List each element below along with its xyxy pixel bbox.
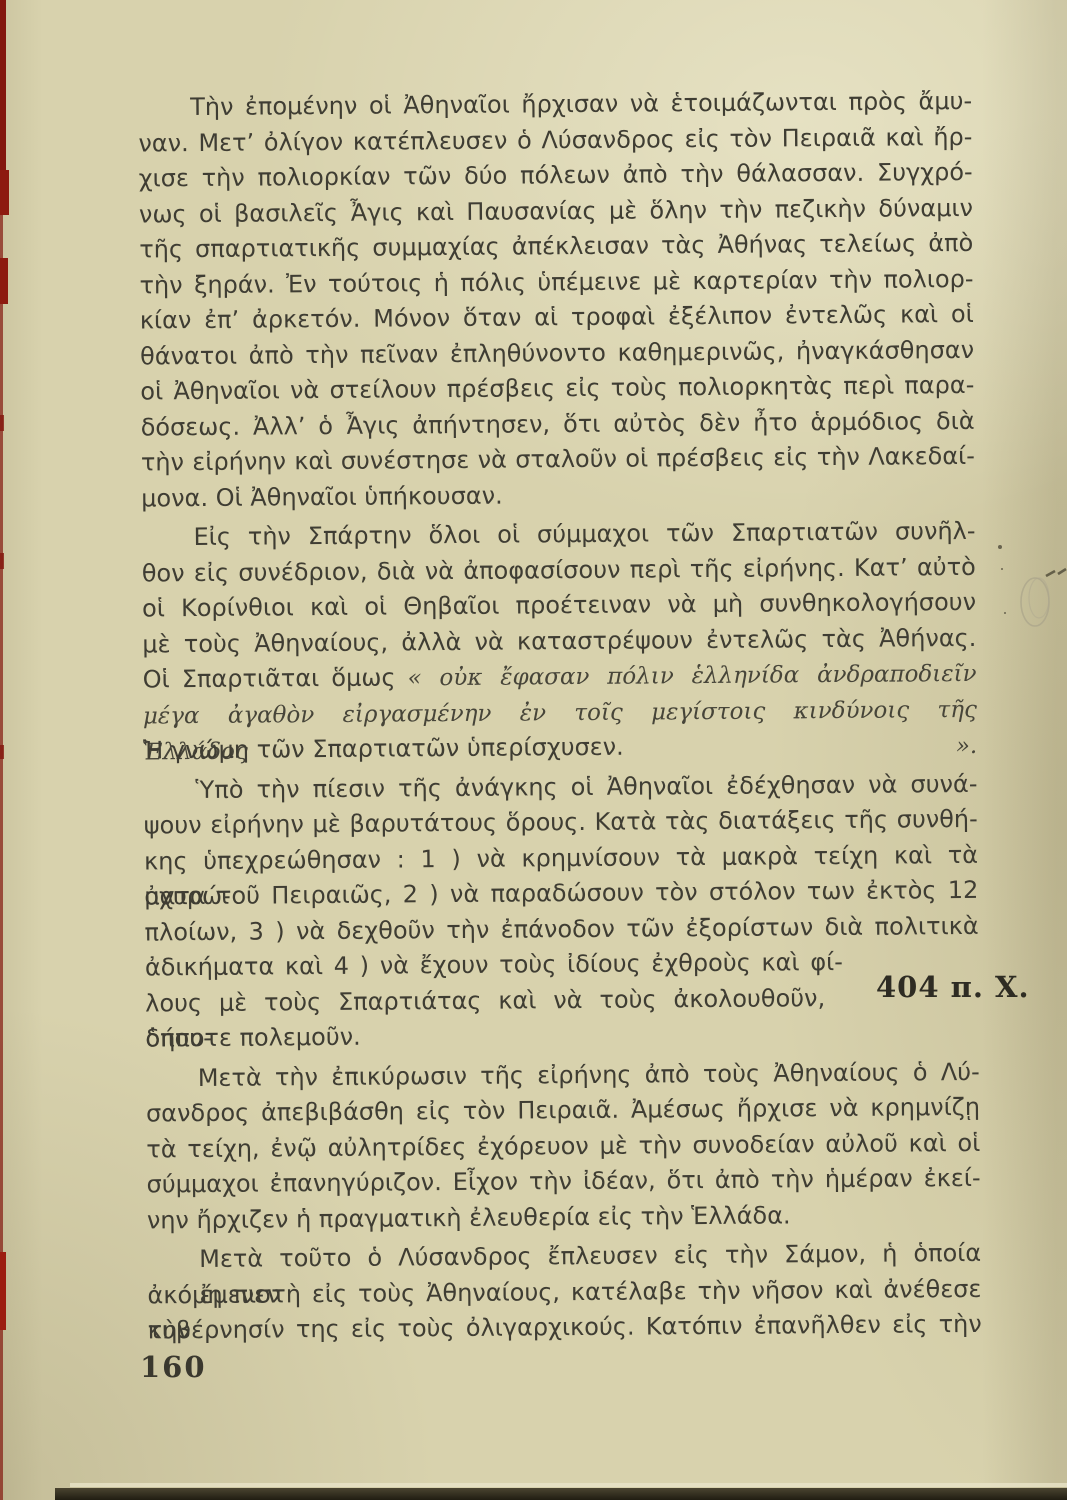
text-segment: ναν. Μετ’ ὀλίγον κατέπλευσεν ὁ Λύσανδρος…: [138, 122, 972, 157]
text-block: Τὴν ἐπομένην οἱ Ἀθηναῖοι ἤρχισαν νὰ ἑτοι…: [138, 84, 982, 1353]
text-segment: ἀδικήματα καὶ 4 ) νὰ ἔχουν τοὺς ἰδίους ἐ…: [145, 948, 843, 981]
text-segment: ματα τοῦ Πειραιῶς, 2 ) νὰ παραδώσουν τὸν…: [144, 876, 978, 911]
text-segment: χισε τὴν πολιορκίαν τῶν δύο πόλεων ἀπὸ τ…: [139, 158, 973, 193]
text-line: μέγα ἀγαθὸν εἰργασμένην ἐν τοῖς μεγίστοι…: [143, 691, 977, 733]
spine-edge-strip: [0, 258, 8, 304]
text-line: οἱ Ἀθηναῖοι νὰ στείλουν πρέσβεις εἰς τοὺ…: [140, 368, 974, 410]
text-line: σύμμαχοι ἐπανηγύριζον. Εἶχον τὴν ἰδέαν, …: [146, 1161, 980, 1203]
text-segment: θον εἰς συνέδριον, διὰ νὰ ἀποφασίσουν πε…: [142, 552, 976, 587]
text-line: ἀδικήματα καὶ 4 ) νὰ ἔχουν τοὺς ἰδίους ἐ…: [145, 945, 843, 986]
text-segment: τὴν ξηράν. Ἐν τούτοις ἡ πόλις ὑπέμεινε μ…: [139, 264, 973, 299]
text-segment: τὴν εἰρήνην καὶ συνέστησε νὰ σταλοῦν οἱ …: [141, 442, 975, 477]
text-segment: Ὑπὸ τὴν πίεσιν τῆς ἀνάγκης οἱ Ἀθηναῖοι ἐ…: [195, 769, 977, 803]
text-segment: ψουν εἰρήνην μὲ βαρυτάτους ὅρους. Κατὰ τ…: [144, 805, 978, 840]
text-line: τὴν εἰρήνην καὶ συνέστησε νὰ σταλοῦν οἱ …: [141, 439, 975, 481]
text-segment: νως οἱ βασιλεῖς Ἆγις καὶ Παυσανίας μὲ ὅλ…: [139, 193, 973, 228]
text-line: χισε τὴν πολιορκίαν τῶν δύο πόλεων ἀπὸ τ…: [139, 155, 973, 197]
spine-edge-strip: [0, 415, 4, 431]
spine-edge-strip: [0, 553, 4, 569]
text-line: τῆς σπαρτιατικῆς συμμαχίας ἀπέκλεισαν τὰ…: [139, 226, 973, 268]
text-segment: Μετὰ τὴν ἐπικύρωσιν τῆς εἰρήνης ἀπὸ τοὺς…: [198, 1057, 980, 1091]
text-line: ψουν εἰρήνην μὲ βαρυτάτους ὅρους. Κατὰ τ…: [144, 802, 978, 844]
page-edge-highlight: [70, 1483, 1067, 1487]
text-line: νην ἤρχιζεν ἡ πραγματικὴ ἐλευθερία εἰς τ…: [147, 1196, 981, 1238]
text-segment: μονα. Οἱ Ἀθηναῖοι ὑπήκουσαν.: [141, 481, 503, 512]
paragraph: Μετὰ τὴν ἐπικύρωσιν τῆς εἰρήνης ἀπὸ τοὺς…: [146, 1054, 981, 1238]
text-segment: τῆς σπαρτιατικῆς συμμαχίας ἀπέκλεισαν τὰ…: [139, 229, 973, 264]
text-segment: κίαν ἐπ’ ἀρκετόν. Μόνον ὅταν αἱ τροφαὶ ἐ…: [140, 300, 974, 335]
text-line: λους μὲ τοὺς Σπαρτιάτας καὶ νὰ τοὺς ἀκολ…: [145, 981, 825, 1022]
text-line: Εἰς τὴν Σπάρτην ὅλοι οἱ σύμμαχοι τῶν Σπα…: [141, 514, 975, 556]
text-segment: σανδρος ἀπεβιβάσθη εἰς τὸν Πειραιᾶ. Ἀμέσ…: [146, 1093, 980, 1128]
text-line: οἱ Κορίνθιοι καὶ οἱ Θηβαῖοι προέτειναν ν…: [142, 585, 976, 627]
quoted-text-segment: « οὐκ ἔφασαν πόλιν ἑλληνίδα ἀνδραποδιεῖν: [408, 661, 977, 691]
ink-speck: [998, 545, 1002, 549]
text-segment: θάνατοι ἀπὸ τὴν πεῖναν ἐπληθύνοντο καθημ…: [140, 335, 974, 370]
page-bottom-edge: [55, 1488, 1067, 1500]
text-segment: μὲ τοὺς Ἀθηναίους, ἀλλὰ νὰ καταστρέψουν …: [142, 623, 976, 658]
text-segment: Ἡ γνώμη τῶν Σπαρτιατῶν ὑπερίσχυσεν.: [143, 733, 624, 765]
paragraph: Τὴν ἐπομένην οἱ Ἀθηναῖοι ἤρχισαν νὰ ἑτοι…: [138, 84, 975, 517]
text-line: δήποτε πολεμοῦν.: [145, 1015, 979, 1057]
spine-edge-strip: [0, 0, 6, 170]
spine-edge-strip: [0, 170, 9, 215]
text-line: κίαν ἐπ’ ἀρκετόν. Μόνον ὅταν αἱ τροφαὶ ἐ…: [140, 297, 974, 339]
margin-note-year: 404 π. Χ.: [876, 970, 1026, 1004]
text-segment: Εἰς τὴν Σπάρτην ὅλοι οἱ σύμμαχοι τῶν Σπα…: [193, 517, 975, 551]
text-line: κυβέρνησίν της εἰς τοὺς ὀλιγαρχικούς. Κα…: [148, 1307, 982, 1349]
scanned-book-page: Τὴν ἐπομένην οἱ Ἀθηναῖοι ἤρχισαν νὰ ἑτοι…: [0, 0, 1067, 1500]
text-line: ματα τοῦ Πειραιῶς, 2 ) νὰ παραδώσουν τὸν…: [144, 873, 978, 915]
paragraph: Ὑπὸ τὴν πίεσιν τῆς ἀνάγκης οἱ Ἀθηναῖοι ἐ…: [143, 766, 979, 1057]
paragraph: Εἰς τὴν Σπάρτην ὅλοι οἱ σύμμαχοι τῶν Σπα…: [141, 514, 977, 769]
text-line: Μετὰ τοῦτο ὁ Λύσανδρος ἔπλευσεν εἰς τὴν …: [147, 1236, 981, 1278]
text-line: Οἱ Σπαρτιᾶται ὅμως « οὐκ ἔφασαν πόλιν ἑλ…: [142, 656, 976, 698]
text-segment: πλοίων, 3 ) νὰ δεχθοῦν τὴν ἐπάνοδον τῶν …: [145, 911, 979, 946]
spine-edge-strip: [0, 745, 4, 759]
text-segment: οἱ Ἀθηναῖοι νὰ στείλουν πρέσβεις εἰς τοὺ…: [140, 371, 974, 406]
text-segment: νην ἤρχιζεν ἡ πραγματικὴ ἐλευθερία εἰς τ…: [147, 1201, 791, 1234]
text-line: σανδρος ἀπεβιβάσθη εἰς τὸν Πειραιᾶ. Ἀμέσ…: [146, 1090, 980, 1132]
text-segment: δόσεως. Ἀλλ’ ὁ Ἆγις ἀπήντησεν, ὅτι αὐτὸς…: [141, 406, 975, 441]
paragraph: Μετὰ τοῦτο ὁ Λύσανδρος ἔπλευσεν εἰς τὴν …: [147, 1236, 982, 1349]
text-segment: δήποτε πολεμοῦν.: [145, 1023, 360, 1053]
text-line: μονα. Οἱ Ἀθηναῖοι ὑπήκουσαν.: [141, 474, 975, 516]
text-line: πλοίων, 3 ) νὰ δεχθοῦν τὴν ἐπάνοδον τῶν …: [144, 908, 978, 950]
spine-edge-strip: [0, 1252, 6, 1330]
text-segment: Τὴν ἐπομένην οἱ Ἀθηναῖοι ἤρχισαν νὰ ἑτοι…: [190, 87, 972, 121]
text-segment: σύμμαχοι ἐπανηγύριζον. Εἶχον τὴν ἰδέαν, …: [146, 1164, 980, 1199]
text-segment: κυβέρνησίν της εἰς τοὺς ὀλιγαρχικούς. Κα…: [148, 1310, 982, 1345]
text-line: Τὴν ἐπομένην οἱ Ἀθηναῖοι ἤρχισαν νὰ ἑτοι…: [138, 84, 972, 126]
text-segment: τὰ τείχη, ἐνῷ αὐλητρίδες ἐχόρευον μὲ τὴν…: [146, 1128, 980, 1163]
pencil-mark: [1008, 540, 1067, 660]
text-segment: Οἱ Σπαρτιᾶται ὅμως: [143, 663, 408, 693]
text-segment: οἱ Κορίνθιοι καὶ οἱ Θηβαῖοι προέτειναν ν…: [142, 588, 976, 623]
page-number: 160: [140, 1350, 207, 1384]
